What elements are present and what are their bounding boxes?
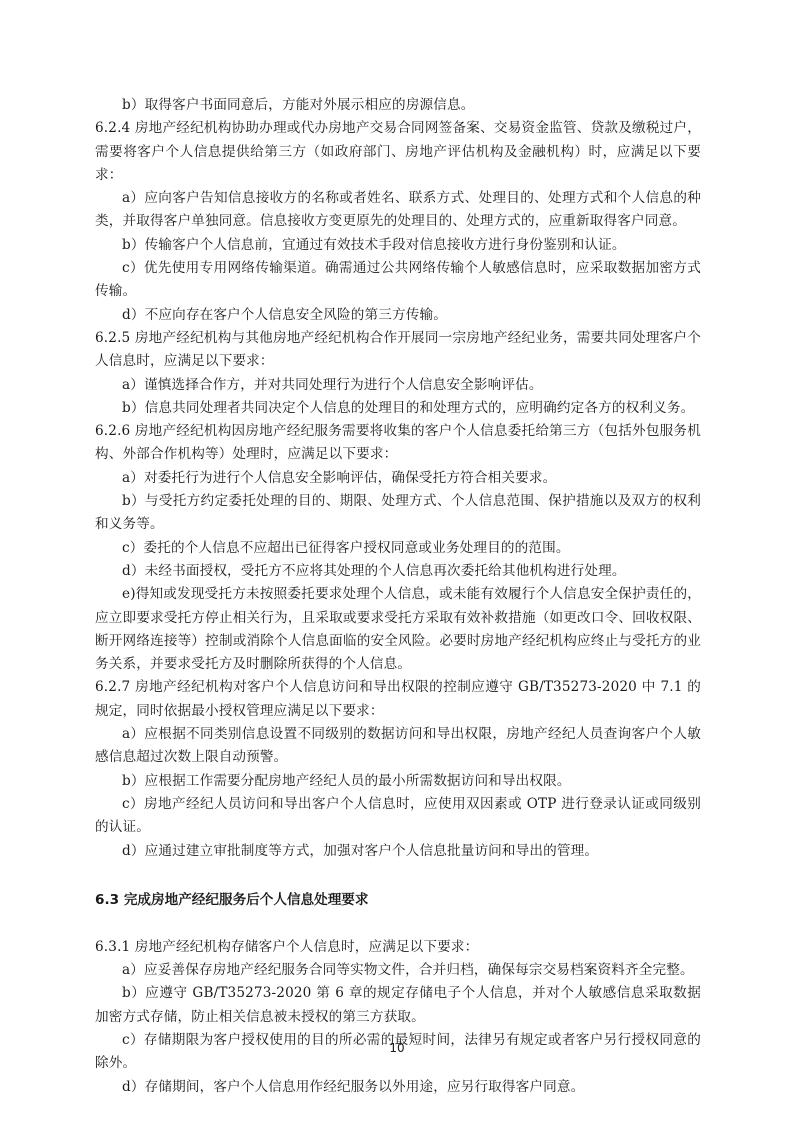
item-6-2-5-b: b）信息共同处理者共同决定个人信息的处理目的和处理方式的，应明确约定各方的权利义… [95, 397, 701, 420]
clause-6-2-5: 6.2.5 房地产经纪机构与其他房地产经纪机构合作开展同一宗房地产经纪业务，需要… [95, 327, 701, 374]
item-6-2-3-b: b）取得客户书面同意后，方能对外展示相应的房源信息。 [95, 94, 701, 117]
document-page: b）取得客户书面同意后，方能对外展示相应的房源信息。 6.2.4 房地产经纪机构… [95, 94, 701, 1099]
item-6-2-6-a: a）对委托行为进行个人信息安全影响评估，确保受托方符合相关要求。 [95, 467, 701, 490]
section-heading-6-3: 6.3 完成房地产经纪服务后个人信息处理要求 [95, 889, 701, 912]
page-number: 10 [0, 1041, 794, 1055]
item-6-3-1-d: d）存储期间，客户个人信息用作经纪服务以外用途，应另行取得客户同意。 [95, 1076, 701, 1099]
item-6-2-6-e: e)得知或发现受托方未按照委托要求处理个人信息，或未能有效履行个人信息安全保护责… [95, 583, 701, 676]
item-6-2-5-a: a）谨慎选择合作方，并对共同处理行为进行个人信息安全影响评估。 [95, 374, 701, 397]
item-6-2-7-a: a）应根据不同类别信息设置不同级别的数据访问和导出权限，房地产经纪人员查询客户个… [95, 723, 701, 770]
item-6-2-6-c: c）委托的个人信息不应超出已征得客户授权同意或业务处理目的的范围。 [95, 537, 701, 560]
item-6-2-4-a: a）应向客户告知信息接收方的名称或者姓名、联系方式、处理目的、处理方式和个人信息… [95, 187, 701, 234]
item-6-2-6-d: d）未经书面授权，受托方不应将其处理的个人信息再次委托给其他机构进行处理。 [95, 560, 701, 583]
item-6-2-4-d: d）不应向存在客户个人信息安全风险的第三方传输。 [95, 304, 701, 327]
item-6-2-7-c: c）房地产经纪人员访问和导出客户个人信息时，应使用双因素或 OTP 进行登录认证… [95, 793, 701, 840]
item-6-2-7-d: d）应通过建立审批制度等方式，加强对客户个人信息批量访问和导出的管理。 [95, 840, 701, 863]
item-6-2-4-c: c）优先使用专用网络传输渠道。确需通过公共网络传输个人敏感信息时，应采取数据加密… [95, 257, 701, 304]
clause-6-2-6: 6.2.6 房地产经纪机构因房地产经纪服务需要将收集的客户个人信息委托给第三方（… [95, 420, 701, 467]
item-6-3-1-a: a）应妥善保存房地产经纪服务合同等实物文件，合并归档，确保每宗交易档案资料齐全完… [95, 959, 701, 982]
item-6-2-4-b: b）传输客户个人信息前，宜通过有效技术手段对信息接收方进行身份鉴别和认证。 [95, 234, 701, 257]
item-6-3-1-b: b）应遵守 GB/T35273-2020 第 6 章的规定存储电子个人信息，并对… [95, 982, 701, 1029]
clause-6-2-4: 6.2.4 房地产经纪机构协助办理或代办房地产交易合同网签备案、交易资金监管、贷… [95, 117, 701, 187]
item-6-2-7-b: b）应根据工作需要分配房地产经纪人员的最小所需数据访问和导出权限。 [95, 770, 701, 793]
item-6-2-6-b: b）与受托方约定委托处理的目的、期限、处理方式、个人信息范围、保护措施以及双方的… [95, 490, 701, 537]
clause-6-2-7: 6.2.7 房地产经纪机构对客户个人信息访问和导出权限的控制应遵守 GB/T35… [95, 676, 701, 723]
clause-6-3-1: 6.3.1 房地产经纪机构存储客户个人信息时，应满足以下要求： [95, 936, 701, 959]
